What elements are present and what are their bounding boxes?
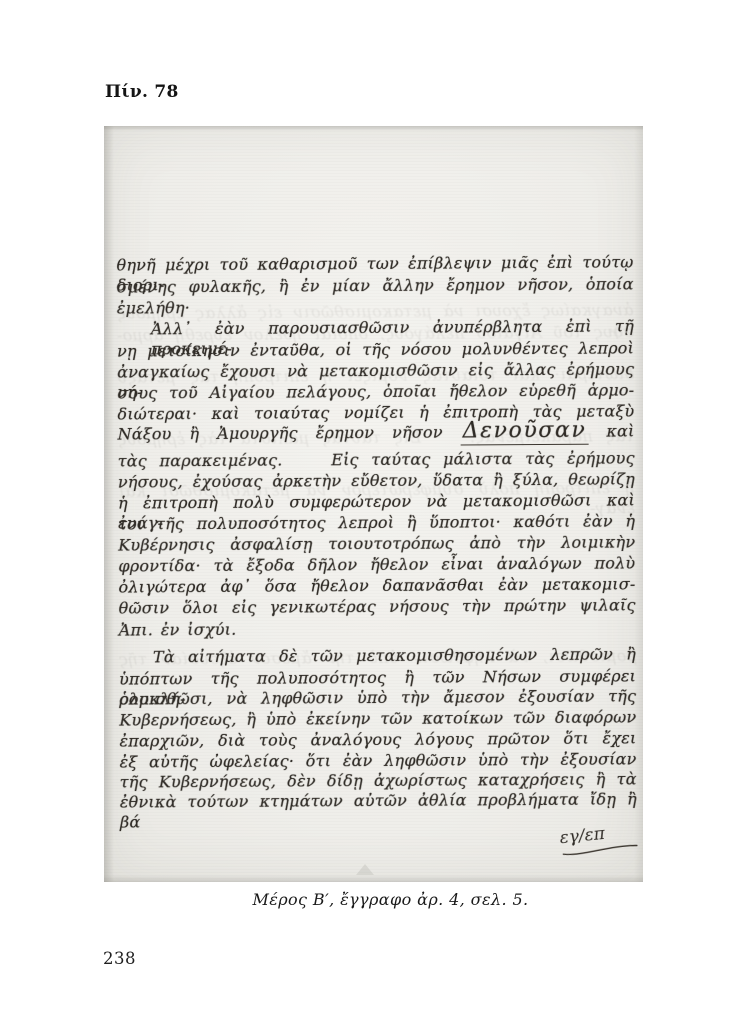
- manuscript-line: θῶσιν ὅλοι εἰς γενικωτέρας νήσους τὴν πρ…: [119, 595, 636, 618]
- manuscript-line: νήσους, ἐχούσας ἀρκετὴν εὔθετον, ὕδατα ἢ…: [118, 469, 635, 492]
- manuscript-line: ὀλιγώτερα ἀφ᾽ ὅσα ἤθελον δαπανᾶσθαι ἐὰν …: [118, 574, 635, 597]
- manuscript-line: Κυβερνήσεως, ἢ ὑπὸ ἐκείνην τῶν κατοίκων …: [119, 707, 636, 730]
- manuscript-line: ἐμελήθη·: [117, 295, 634, 318]
- manuscript-lines: θηνῆ μέχρι τοῦ καθαρισμοῦ των ἐπίβλεψιν …: [116, 124, 638, 883]
- figure-caption: Μέρος Β′, ἔγγραφο ἀρ. 4, σελ. 5.: [104, 890, 643, 909]
- manuscript-line: τοι τῆς πολυποσότητος λεπροὶ ἢ ὕποπτοι· …: [118, 511, 635, 534]
- manuscript-line: Τὰ αἰτήματα δὲ τῶν μετακομισθησομένων λε…: [153, 644, 636, 667]
- manuscript-line: ρομισθῶσι, νὰ ληφθῶσιν ὑπὸ τὴν ἄμεσον ἐξ…: [119, 686, 636, 709]
- manuscript-line: ἐθνικὰ τούτων κτημάτων αὐτῶν ἀθλία προβλ…: [120, 789, 637, 832]
- manuscript-line: τὰς παρακειμένας. Εἰς ταύτας μάλιστα τὰς…: [118, 448, 635, 471]
- underlined-island-name: Δενοῦσαν: [461, 418, 589, 446]
- manuscript-line: Κυβέρνησις ἀσφαλίσῃ τοιουτοτρόπως ἀπὸ τὴ…: [118, 532, 635, 555]
- manuscript-line: σους τοῦ Αἰγαίου πελάγους, ὁποῖαι ἤθελον…: [117, 380, 634, 403]
- manuscript-line: σμένης φυλακῆς, ἢ ἐν μίαν ἄλλην ἔρημον ν…: [117, 274, 634, 297]
- paper-crease: [356, 864, 374, 875]
- page-number: 238: [103, 949, 136, 968]
- plate-label: Πίν. 78: [105, 82, 179, 102]
- book-page: { "page": { "plate_label": "Πίν. 78", "c…: [0, 0, 743, 1027]
- manuscript-line: φροντίδα· τὰ ἔξοδα δῆλον ἤθελον εἶναι ἀν…: [118, 553, 635, 576]
- manuscript-line: ἐπαρχιῶν, διὰ τοὺς ἀναλόγους λόγους πρῶτ…: [119, 728, 636, 751]
- manuscript-scan: ἀναγκαίως ἔχουσι νὰ μετακομισθῶσιν εἰς ἄ…: [104, 126, 643, 882]
- manuscript-line: Ἀπι. ἐν ἰσχύι.: [119, 617, 636, 640]
- manuscript-line: νῃ μετοίκησιν ἐνταῦθα, οἱ τῆς νόσου μολυ…: [117, 338, 634, 361]
- manuscript-line: Νάξου ἢ Ἀμουργῆς ἔρημον νῆσον Δενοῦσαν κ…: [118, 420, 635, 444]
